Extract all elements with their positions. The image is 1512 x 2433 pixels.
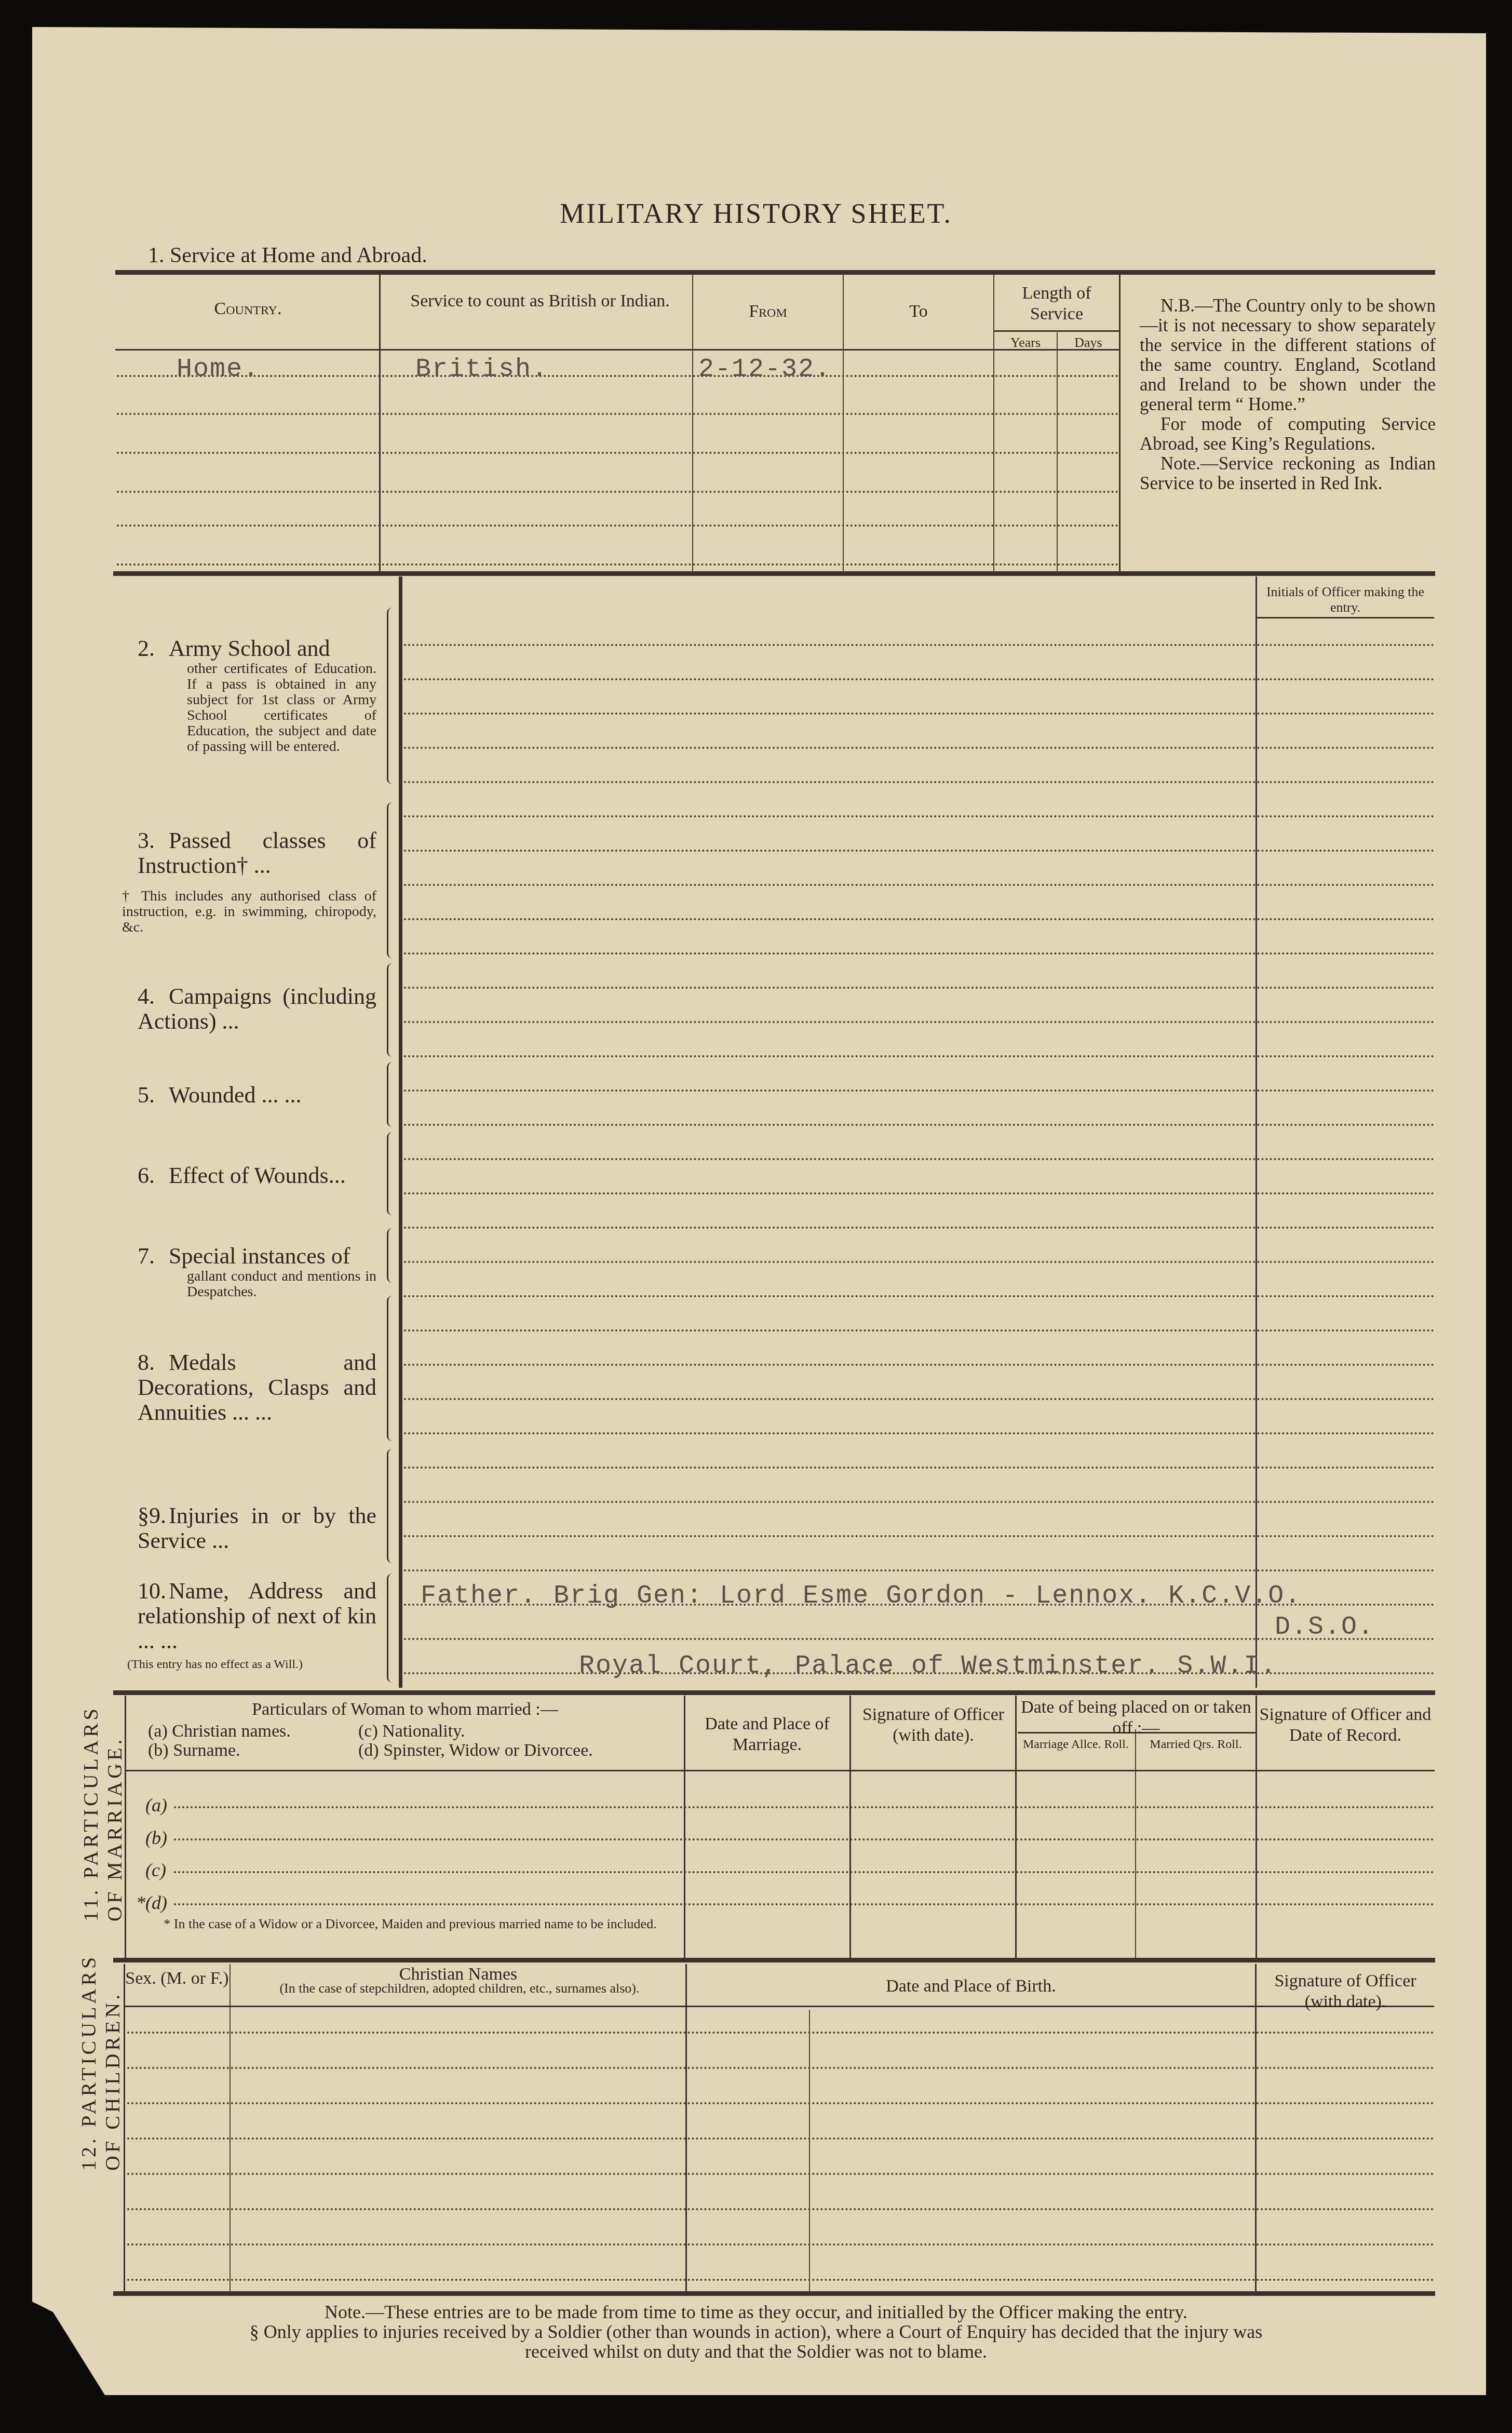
children-header-rule (125, 2006, 1434, 2007)
marriage-header-rule (126, 1770, 1435, 1771)
item-title: Army School and (169, 636, 330, 661)
col-divider (849, 1696, 851, 1958)
record-entry-line[interactable] (404, 747, 1435, 749)
cell-from[interactable]: 2-12-32. (698, 355, 831, 384)
nb-note: N.B.—The Country only to be shown—it is … (1140, 296, 1436, 493)
col-divider (1135, 1729, 1136, 1958)
record-entry-line[interactable] (404, 1569, 1435, 1571)
item-title: Effect of Wounds... (169, 1163, 346, 1188)
item-title: Wounded ... ... (169, 1082, 302, 1108)
nb-paragraph: Note.—Service reckoning as Indian Servic… (1140, 454, 1436, 493)
record-entry-line[interactable] (404, 1192, 1435, 1194)
marriage-top-rule (113, 1690, 1435, 1695)
children-side-label: 12. PARTICULARSOF CHILDREN. (77, 1954, 125, 2171)
section-1-bottom-rule (113, 571, 1435, 576)
item-title: Passed classes of Instruction† ... (138, 828, 376, 878)
record-entry-line[interactable] (404, 1364, 1435, 1366)
initials-header-rule (1257, 617, 1434, 619)
row-line (117, 491, 1119, 493)
item-subtext: gallant conduct and mentions in Despatch… (187, 1269, 376, 1300)
brace-icon (387, 963, 396, 1057)
item-title: Special instances of (169, 1243, 350, 1269)
initials-col-divider (1255, 576, 1257, 1688)
row-line (117, 563, 1119, 566)
item-title: Medals and Decorations, Clasps and Annui… (138, 1350, 376, 1425)
nb-paragraph: For mode of computing Service Abroad, se… (1140, 414, 1436, 454)
record-entry-line[interactable] (404, 815, 1435, 817)
header-service: Service to count as British or Indian. (395, 291, 685, 312)
brace-icon (387, 1132, 396, 1215)
marriage-row-line (174, 1806, 1435, 1808)
brace-icon (387, 1062, 396, 1127)
item-number: 6. (138, 1163, 169, 1188)
header-date-placed: Date of being placed on or taken off :— (1017, 1697, 1255, 1739)
col-divider (809, 2010, 810, 2291)
item-4-campaigns: 4.Campaigns (including Actions) ... (138, 984, 376, 1034)
section-1-header-rule (115, 349, 1120, 351)
brace-icon (387, 608, 396, 784)
child-row-line[interactable] (127, 2102, 1435, 2104)
record-entry-line[interactable] (404, 1124, 1435, 1126)
item-number: 4. (138, 984, 169, 1009)
record-entry-line[interactable] (404, 678, 1435, 680)
marriage-footnote: * In the case of a Widow or a Divorcee, … (140, 1916, 680, 1932)
item-number: 10. (138, 1579, 169, 1604)
item-title: Name, Address and relationship of next o… (138, 1578, 376, 1654)
legend-b: (b) Surname. (148, 1741, 240, 1760)
header-child-signature: Signature of Officer (with date). (1257, 1971, 1434, 2012)
header-length: Length of Service (994, 283, 1119, 325)
next-of-kin-line-2[interactable]: D.S.O. (1275, 1612, 1374, 1642)
next-of-kin-address[interactable]: Royal Court, Palace of Westminster. S.W.… (579, 1651, 1277, 1681)
child-row-line[interactable] (127, 2243, 1435, 2246)
row-label-b: (b) (145, 1827, 167, 1849)
footer-section-note-2: received whilst on duty and that the Sol… (0, 2340, 1512, 2363)
record-entry-line[interactable] (404, 1535, 1435, 1537)
brace-icon (387, 1449, 396, 1563)
header-marriage-allce: Marriage Allce. Roll. (1017, 1737, 1135, 1752)
record-entry-line[interactable] (404, 1158, 1435, 1160)
col-divider (685, 1964, 687, 2291)
record-entry-line[interactable] (404, 850, 1435, 852)
item-number: §9. (138, 1503, 169, 1528)
col-divider (1119, 274, 1120, 573)
brace-icon (387, 1296, 396, 1441)
header-married-qrs: Married Qrs. Roll. (1136, 1737, 1255, 1752)
record-entry-line[interactable] (404, 987, 1435, 989)
header-signature-officer: Signature of Officer (with date). (852, 1704, 1015, 1746)
header-to: To (844, 301, 993, 322)
record-entry-line[interactable] (404, 952, 1435, 955)
header-years: Years (994, 335, 1057, 351)
child-row-line[interactable] (127, 2208, 1435, 2210)
record-entry-line[interactable] (404, 1021, 1435, 1023)
record-entry-line[interactable] (404, 918, 1435, 920)
section-1-label: 1. Service at Home and Abroad. (148, 243, 427, 268)
item-number: 3. (138, 828, 169, 853)
child-row-line[interactable] (127, 2173, 1435, 2175)
brace-icon (387, 802, 396, 958)
record-entry-line[interactable] (404, 1227, 1435, 1229)
item-subtext: other certificates of Education. If a pa… (187, 661, 376, 755)
brace-icon (387, 1574, 396, 1683)
header-birth: Date and Place of Birth. (688, 1976, 1254, 1997)
header-date-place-marriage: Date and Place of Marriage. (685, 1714, 849, 1755)
record-entry-line[interactable] (404, 1295, 1435, 1297)
item-number: 2. (138, 636, 169, 661)
legend-d: (d) Spinster, Widow or Divorcee. (358, 1741, 593, 1760)
item-9-injuries: §9.Injuries in or by the Service ... (138, 1503, 376, 1553)
cell-service[interactable]: British. (415, 355, 548, 384)
record-entry-line[interactable] (404, 1055, 1435, 1057)
page-title: MILITARY HISTORY SHEET. (0, 197, 1512, 230)
item-8-medals: 8.Medals and Decorations, Clasps and Ann… (138, 1350, 376, 1425)
item-10-next-of-kin: 10.Name, Address and relationship of nex… (138, 1579, 376, 1672)
record-entry-line[interactable] (404, 1398, 1435, 1400)
col-divider (230, 1964, 231, 2291)
row-label-d: *(d) (136, 1892, 167, 1914)
record-entry-line[interactable] (404, 1432, 1435, 1434)
record-entry-line[interactable] (404, 1501, 1435, 1503)
child-row-line[interactable] (127, 2032, 1435, 2034)
record-entry-line[interactable] (404, 1090, 1435, 1092)
record-entry-line[interactable] (404, 1329, 1435, 1332)
header-christian-names-sub: (In the case of stepchildren, adopted ch… (270, 1981, 649, 1996)
legend-c: (c) Nationality. (358, 1722, 465, 1741)
record-entry-line[interactable] (404, 1261, 1435, 1263)
child-row-line[interactable] (127, 2138, 1435, 2140)
brace-icon (387, 1228, 396, 1283)
section-1-top-rule (115, 270, 1435, 275)
marriage-header-title: Particulars of Woman to whom married :— (127, 1699, 683, 1720)
header-country: Country. (117, 299, 379, 319)
child-row-line[interactable] (127, 2279, 1435, 2281)
header-days: Days (1058, 335, 1119, 351)
item-7-special-instances: 7.Special instances of gallant conduct a… (138, 1244, 376, 1300)
item-6-effect-of-wounds: 6.Effect of Wounds... (138, 1163, 376, 1188)
row-label-a: (a) (145, 1794, 167, 1816)
legend-a: (a) Christian names. (148, 1722, 291, 1741)
row-line (117, 413, 1119, 415)
item-title: Injuries in or by the Service ... (138, 1503, 376, 1553)
row-line (117, 375, 1119, 377)
marriage-row-line (174, 1871, 1435, 1873)
record-entry-line[interactable] (404, 644, 1435, 646)
item-footnote: † This includes any authorised class of … (122, 889, 376, 935)
row-line (117, 525, 1119, 527)
header-sex: Sex. (M. or F.) (125, 1968, 230, 1989)
initials-header: Initials of Officer making the entry. (1257, 584, 1434, 615)
next-of-kin-line-1[interactable]: Father. Brig Gen: Lord Esme Gordon - Len… (421, 1581, 1301, 1611)
col-divider (1255, 1964, 1257, 2291)
marriage-row-line (174, 1838, 1435, 1840)
row-label-c: (c) (145, 1859, 166, 1881)
header-signature-record: Signature of Officer and Date of Record. (1257, 1704, 1434, 1746)
header-from: From (693, 301, 843, 322)
record-left-border (399, 576, 402, 1688)
item-5-wounded: 5.Wounded ... ... (138, 1083, 376, 1108)
record-entry-line[interactable] (404, 713, 1435, 715)
record-entry-line[interactable] (404, 884, 1435, 886)
item-number: 7. (138, 1244, 169, 1269)
cell-country[interactable]: Home. (177, 355, 260, 384)
marriage-row-line (174, 1903, 1435, 1905)
item-3-passed-classes: 3.Passed classes of Instruction† ... † T… (138, 828, 376, 935)
record-entry-line[interactable] (404, 1467, 1435, 1469)
item-number: 8. (138, 1350, 169, 1375)
children-bottom-rule (113, 2291, 1435, 2296)
marriage-side-label: 11. PARTICULARSOF MARRIAGE. (79, 1705, 127, 1921)
marriage-bottom-rule (113, 1958, 1435, 1962)
child-row-line[interactable] (127, 2067, 1435, 2069)
item-2-army-school: 2.Army School and other certificates of … (138, 636, 376, 755)
item-footnote: (This entry has no effect as a Will.) (127, 1657, 376, 1672)
row-line (117, 452, 1119, 454)
nb-paragraph: N.B.—The Country only to be shown—it is … (1140, 296, 1436, 414)
length-subheader-rule (994, 330, 1120, 332)
item-number: 5. (138, 1083, 169, 1108)
col-divider (379, 274, 381, 573)
record-entry-line[interactable] (404, 781, 1435, 783)
item-title: Campaigns (including Actions) ... (138, 984, 376, 1034)
